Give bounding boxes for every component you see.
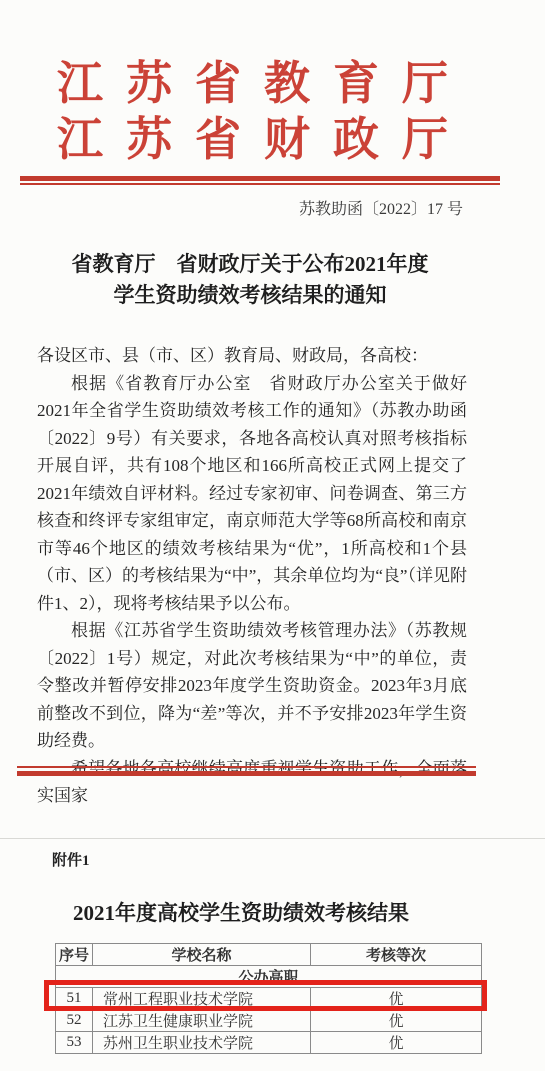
row-no: 53 [56,1032,93,1054]
highlight-box [44,980,487,1011]
table-header-row: 序号 学校名称 考核等次 [56,944,482,966]
red-divider-top [20,176,500,185]
agency-name-education-text: 江苏省教育厅 [57,58,471,109]
salutation: 各设区市、县（市、区）教育局、财政局，各高校： [37,342,467,370]
row-grade: 优 [311,1010,482,1032]
col-header-school: 学校名称 [93,944,311,966]
red-divider-bottom [17,766,476,776]
table-row: 53 苏州卫生职业技术学院 优 [56,1032,482,1054]
attachment-title: 2021年度高校学生资助绩效考核结果 [0,897,482,927]
document-page: 江苏省教育厅 江苏省财政厅 苏教助函〔2022〕17 号 省教育厅 省财政厅关于… [0,0,545,1071]
agency-name-finance-text: 江苏省财政厅 [57,114,471,165]
notice-title: 省教育厅 省财政厅关于公布2021年度 学生资助绩效考核结果的通知 [8,249,492,311]
body-paragraph-1: 根据《省教育厅办公室 省财政厅办公室关于做好2021年全省学生资助绩效考核工作的… [37,370,467,618]
body-paragraph-2: 根据《江苏省学生资助绩效考核管理办法》（苏教规〔2022〕1号）规定，对此次考核… [37,617,467,755]
row-grade: 优 [311,1032,482,1054]
notice-title-line1: 省教育厅 省财政厅关于公布2021年度 [8,249,492,280]
col-header-grade: 考核等次 [311,944,482,966]
notice-title-line2: 学生资助绩效考核结果的通知 [8,280,492,311]
row-school: 苏州卫生职业技术学院 [93,1032,311,1054]
row-no: 52 [56,1010,93,1032]
table-row: 52 江苏卫生健康职业学院 优 [56,1010,482,1032]
page-break-line [0,838,545,839]
notice-body: 各设区市、县（市、区）教育局、财政局，各高校： 根据《省教育厅办公室 省财政厅办… [37,342,467,810]
attachment-label: 附件1 [52,849,90,870]
body-paragraph-3: 希望各地各高校继续高度重视学生资助工作，全面落实国家 [37,755,467,810]
col-header-no: 序号 [56,944,93,966]
agency-name-finance: 江苏省财政厅 [0,112,505,168]
row-school: 江苏卫生健康职业学院 [93,1010,311,1032]
agency-name-education: 江苏省教育厅 [0,56,505,112]
issuing-agencies: 江苏省教育厅 江苏省财政厅 [0,56,505,168]
document-number: 苏教助函〔2022〕17 号 [299,196,463,219]
